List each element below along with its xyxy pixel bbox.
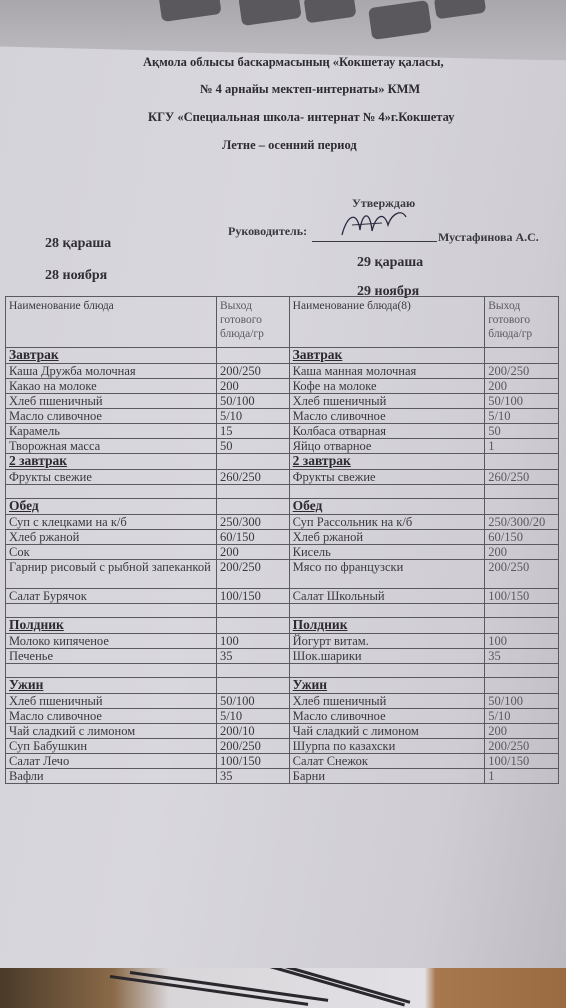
table-header-row: Наименование блюда Выход готового блюда/… [6, 297, 559, 348]
table-row: Вафли35Барни1 [6, 769, 559, 784]
dish-name-right: Суп Рассольник на к/б [289, 515, 485, 530]
dish-yield-left: 50/100 [216, 394, 289, 409]
dish-yield-right: 100/150 [485, 589, 559, 604]
dish-yield-right: 200/250 [485, 364, 559, 379]
dish-name-right: Фрукты свежие [289, 470, 485, 485]
dish-yield-right: 200 [485, 724, 559, 739]
dish-name-left: Молоко кипяченое [6, 634, 217, 649]
table-row: Салат Лечо100/150Салат Снежок100/150 [6, 754, 559, 769]
signature-icon [312, 205, 437, 241]
dish-name-right: Кисель [289, 545, 485, 560]
dish-name-left: Масло сливочное [6, 409, 217, 424]
header-line-4: Летне – осенний период [222, 138, 357, 153]
dish-name-right: Чай сладкий с лимоном [289, 724, 485, 739]
dish-yield-right: 5/10 [485, 709, 559, 724]
section-title-right: Завтрак [289, 348, 485, 364]
right-header-yield: Выход готового блюда/гр [485, 297, 559, 348]
table-row: Гарнир рисовый с рыбной запеканкой200/25… [6, 560, 559, 589]
dish-name-left: Каша Дружба молочная [6, 364, 217, 379]
section-row: УжинУжин [6, 678, 559, 694]
dish-name-right: Хлеб пшеничный [289, 394, 485, 409]
dish-name-left: Масло сливочное [6, 709, 217, 724]
calculator-key [368, 0, 432, 40]
dish-yield-left: 50/100 [216, 694, 289, 709]
dish-name-left: Фрукты свежие [6, 470, 217, 485]
dish-name-right: Каша манная молочная [289, 364, 485, 379]
empty-cell [485, 485, 559, 499]
table-row: Суп с клецками на к/б250/300Суп Рассольн… [6, 515, 559, 530]
date-right-kz: 29 қараша [357, 255, 423, 271]
left-header-name: Наименование блюда [6, 297, 217, 348]
section-yield-left [216, 618, 289, 634]
dish-yield-right: 200/250 [485, 560, 559, 589]
dish-name-right: Барни [289, 769, 485, 784]
dish-name-right: Хлеб пшеничный [289, 694, 485, 709]
dish-name-left: Суп с клецками на к/б [6, 515, 217, 530]
dish-yield-right: 250/300/20 [485, 515, 559, 530]
dish-name-left: Печенье [6, 649, 217, 664]
dish-yield-left: 100/150 [216, 589, 289, 604]
dish-yield-left: 200 [216, 545, 289, 560]
section-title-left: Обед [6, 499, 217, 515]
section-yield-right [485, 454, 559, 470]
dish-yield-left: 60/150 [216, 530, 289, 545]
table-row: Фрукты свежие260/250Фрукты свежие260/250 [6, 470, 559, 485]
dish-name-right: Мясо по французски [289, 560, 485, 589]
table-row: Салат Бурячок100/150Салат Школьный100/15… [6, 589, 559, 604]
dish-yield-right: 200/250 [485, 739, 559, 754]
dish-yield-left: 200 [216, 379, 289, 394]
dish-yield-left: 35 [216, 769, 289, 784]
empty-cell [485, 664, 559, 678]
dish-name-right: Йогурт витам. [289, 634, 485, 649]
section-yield-right [485, 678, 559, 694]
dish-name-right: Колбаса отварная [289, 424, 485, 439]
calculator-key [434, 0, 487, 19]
section-title-left: Полдник [6, 618, 217, 634]
table-row: Творожная масса50Яйцо отварное1 [6, 439, 559, 454]
section-yield-left [216, 454, 289, 470]
dish-name-right: Шок.шарики [289, 649, 485, 664]
dish-name-left: Хлеб ржаной [6, 530, 217, 545]
section-title-right: 2 завтрак [289, 454, 485, 470]
dish-name-left: Гарнир рисовый с рыбной запеканкой [6, 560, 217, 589]
table-row: Каша Дружба молочная200/250Каша манная м… [6, 364, 559, 379]
dish-yield-left: 250/300 [216, 515, 289, 530]
section-yield-right [485, 618, 559, 634]
dish-yield-right: 200 [485, 379, 559, 394]
table-row: Хлеб пшеничный50/100Хлеб пшеничный50/100 [6, 394, 559, 409]
empty-cell [216, 485, 289, 499]
director-name: Мустафинова А.С. [438, 230, 539, 245]
date-left-ru: 28 ноября [45, 268, 107, 284]
role-label: Руководитель: [228, 224, 307, 239]
dish-yield-right: 200 [485, 545, 559, 560]
table-row: Молоко кипяченое100Йогурт витам.100 [6, 634, 559, 649]
empty-cell [485, 604, 559, 618]
signature-line [312, 205, 437, 242]
header-line-2: № 4 арнайы мектеп-интернаты» КММ [200, 82, 420, 97]
dish-yield-right: 100/150 [485, 754, 559, 769]
table-row: Карамель15Колбаса отварная50 [6, 424, 559, 439]
dish-name-left: Чай сладкий с лимоном [6, 724, 217, 739]
dish-name-right: Салат Снежок [289, 754, 485, 769]
dish-yield-right: 35 [485, 649, 559, 664]
background-desk [0, 965, 566, 1008]
dish-yield-left: 5/10 [216, 409, 289, 424]
empty-cell [216, 664, 289, 678]
dish-name-left: Карамель [6, 424, 217, 439]
section-yield-left [216, 499, 289, 515]
empty-cell [6, 485, 217, 499]
dish-yield-right: 50 [485, 424, 559, 439]
table-row: Сок200Кисель200 [6, 545, 559, 560]
section-yield-right [485, 348, 559, 364]
dish-yield-right: 1 [485, 769, 559, 784]
empty-cell [6, 604, 217, 618]
section-title-left: Ужин [6, 678, 217, 694]
section-row: 2 завтрак2 завтрак [6, 454, 559, 470]
dish-yield-right: 60/150 [485, 530, 559, 545]
empty-cell [289, 485, 485, 499]
spacer-row [6, 604, 559, 618]
dish-yield-left: 260/250 [216, 470, 289, 485]
empty-cell [216, 604, 289, 618]
dish-yield-left: 15 [216, 424, 289, 439]
dish-name-right: Яйцо отварное [289, 439, 485, 454]
section-title-right: Полдник [289, 618, 485, 634]
section-title-left: 2 завтрак [6, 454, 217, 470]
spacer-row [6, 664, 559, 678]
dish-yield-left: 50 [216, 439, 289, 454]
dish-name-left: Салат Лечо [6, 754, 217, 769]
dish-yield-left: 35 [216, 649, 289, 664]
header-line-3: КГУ «Специальная школа- интернат № 4»г.К… [148, 110, 454, 125]
section-row: ЗавтракЗавтрак [6, 348, 559, 364]
section-title-right: Ужин [289, 678, 485, 694]
date-left-kz: 28 қараша [45, 236, 111, 252]
dish-name-left: Какао на молоке [6, 379, 217, 394]
table-row: Печенье35Шок.шарики35 [6, 649, 559, 664]
empty-cell [289, 604, 485, 618]
dish-yield-right: 5/10 [485, 409, 559, 424]
table-row: Хлеб ржаной60/150Хлеб ржаной60/150 [6, 530, 559, 545]
dish-name-left: Творожная масса [6, 439, 217, 454]
dish-yield-right: 100 [485, 634, 559, 649]
section-row: ПолдникПолдник [6, 618, 559, 634]
dish-name-left: Салат Бурячок [6, 589, 217, 604]
dish-yield-right: 260/250 [485, 470, 559, 485]
dish-name-right: Шурпа по казахски [289, 739, 485, 754]
menu-table: Наименование блюда Выход готового блюда/… [5, 296, 559, 784]
dish-yield-left: 200/250 [216, 739, 289, 754]
table-row: Какао на молоке200Кофе на молоке200 [6, 379, 559, 394]
table-row: Суп Бабушкин200/250Шурпа по казахски200/… [6, 739, 559, 754]
section-yield-left [216, 678, 289, 694]
dish-yield-left: 5/10 [216, 709, 289, 724]
section-yield-right [485, 499, 559, 515]
empty-cell [289, 664, 485, 678]
dish-name-left: Суп Бабушкин [6, 739, 217, 754]
dish-yield-right: 50/100 [485, 394, 559, 409]
dish-name-left: Хлеб пшеничный [6, 694, 217, 709]
calculator-key [238, 0, 302, 26]
header-line-1: Ақмола облысы баскармасының «Кокшетау қа… [143, 55, 444, 70]
dish-name-right: Масло сливочное [289, 709, 485, 724]
dish-yield-right: 50/100 [485, 694, 559, 709]
section-row: ОбедОбед [6, 499, 559, 515]
section-yield-left [216, 348, 289, 364]
table-row: Хлеб пшеничный50/100Хлеб пшеничный50/100 [6, 694, 559, 709]
dish-name-left: Сок [6, 545, 217, 560]
calculator-key [303, 0, 356, 23]
decorative-stripe [110, 975, 308, 1006]
dish-yield-left: 100/150 [216, 754, 289, 769]
dish-yield-left: 200/250 [216, 560, 289, 589]
section-title-left: Завтрак [6, 348, 217, 364]
dish-name-right: Кофе на молоке [289, 379, 485, 394]
dish-name-left: Хлеб пшеничный [6, 394, 217, 409]
dish-name-right: Салат Школьный [289, 589, 485, 604]
dish-yield-left: 200/250 [216, 364, 289, 379]
dish-yield-left: 100 [216, 634, 289, 649]
right-header-name: Наименование блюда(8) [289, 297, 485, 348]
dish-name-left: Вафли [6, 769, 217, 784]
table-row: Масло сливочное5/10Масло сливочное5/10 [6, 709, 559, 724]
table-row: Масло сливочное5/10Масло сливочное5/10 [6, 409, 559, 424]
table-row: Чай сладкий с лимоном200/10Чай сладкий с… [6, 724, 559, 739]
spacer-row [6, 485, 559, 499]
dish-name-right: Хлеб ржаной [289, 530, 485, 545]
dish-name-right: Масло сливочное [289, 409, 485, 424]
empty-cell [6, 664, 217, 678]
dish-yield-left: 200/10 [216, 724, 289, 739]
left-header-yield: Выход готового блюда/гр [216, 297, 289, 348]
dish-yield-right: 1 [485, 439, 559, 454]
calculator-key [158, 0, 221, 22]
section-title-right: Обед [289, 499, 485, 515]
